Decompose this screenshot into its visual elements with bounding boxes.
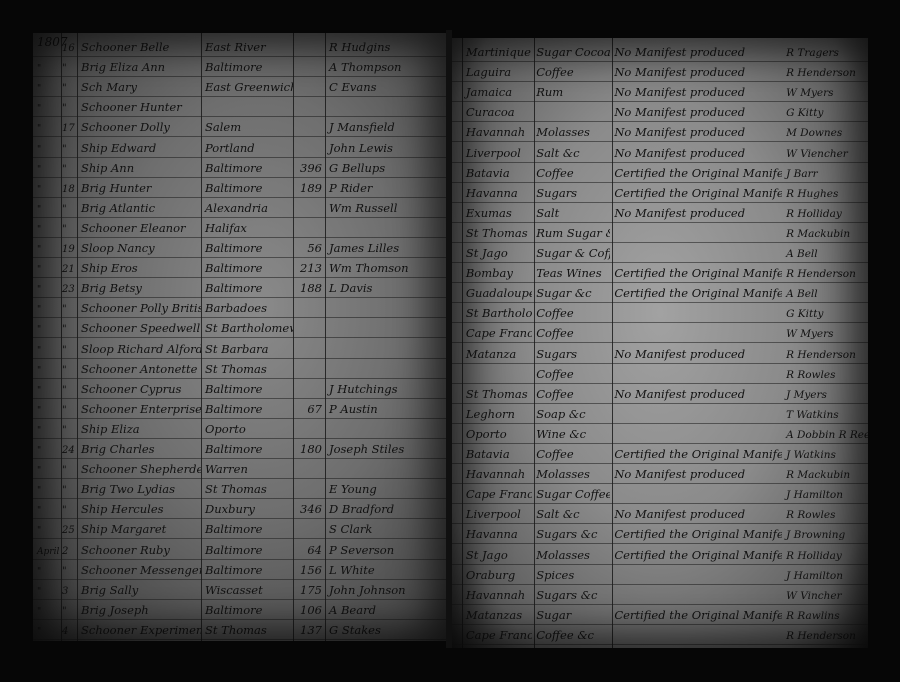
signature-cell: R Henderson	[782, 630, 868, 644]
margin-cell	[452, 642, 462, 644]
month-cell: "	[33, 627, 61, 639]
from-port-cell: St Thomas	[201, 623, 293, 639]
master-cell: G Stakes	[325, 623, 446, 639]
vessel-cell: Schooner Experiment	[77, 623, 201, 639]
ledger-page-right: Martinique Sugar Cocoa &c No Manifest pr…	[452, 38, 868, 648]
ledger-row: Cape Francois Coffee &c R Henderson	[452, 621, 868, 645]
day-cell: 4	[61, 626, 77, 639]
ledger-page-left: 1807 16 Schooner Belle East River R Hudg…	[33, 33, 446, 641]
ledger-row: " 4 Schooner Experiment St Thomas 137 G …	[33, 616, 446, 640]
remarks-cell	[610, 642, 782, 644]
tonnage-cell: 137	[293, 623, 325, 639]
port-cell: Cape Francois	[462, 628, 532, 644]
cargo-cell: Coffee &c	[532, 628, 610, 644]
